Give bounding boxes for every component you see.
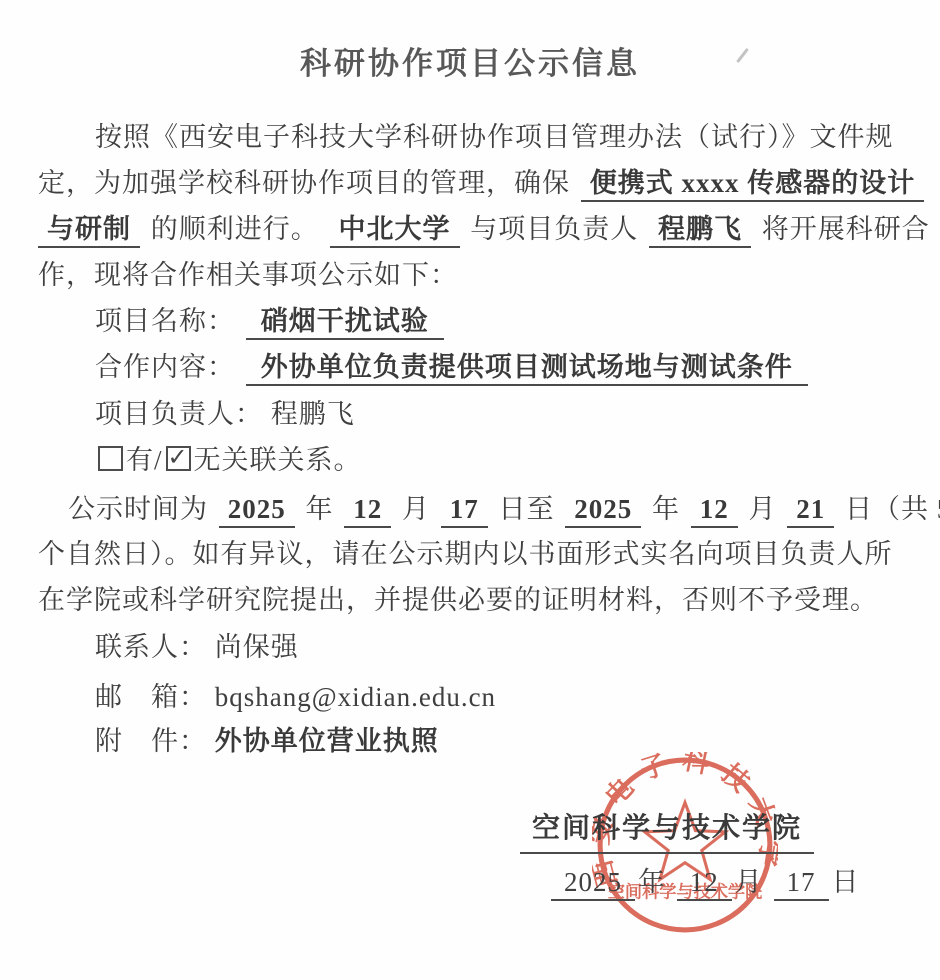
note-line-2: 个自然日）。如有异议，请在公示期内以书面形式实名向项目负责人所 xyxy=(38,537,893,571)
document-page: 科研协作项目公示信息 按照《西安电子科技大学科研协作项目管理办法（试行）》文件规… xyxy=(0,0,940,980)
contact-line: 联系人： 尚保强 xyxy=(95,630,299,664)
intro-text-3: 的顺利进行。 xyxy=(151,214,319,244)
intro-text-2: 定，为加强学校科研协作项目的管理，确保 xyxy=(38,168,570,198)
period-end-month: 12 xyxy=(691,494,738,528)
intro-line-4: 作，现将合作相关事项公示如下： xyxy=(38,258,458,292)
period-mid: 日至 xyxy=(499,494,555,524)
project-name-label: 项目名称： xyxy=(95,306,235,336)
relation-slash: / xyxy=(154,445,163,475)
signature-day-unit: 日 xyxy=(832,867,860,897)
email-label: 邮 箱： xyxy=(95,682,207,712)
period-year-unit-2: 年 xyxy=(652,494,680,524)
email-line: 邮 箱： bqshang@xidian.edu.cn xyxy=(95,680,496,714)
intro-line-1: 按照《西安电子科技大学科研协作项目管理办法（试行）》文件规 xyxy=(95,120,894,154)
period-month-unit-2: 月 xyxy=(749,494,777,524)
leader-name-fill: 程鹏飞 xyxy=(649,214,751,248)
check-mark-icon: ✓ xyxy=(168,441,189,475)
signature-date-line: 2025年 12月 17日 xyxy=(548,860,860,899)
relation-none-label: 无关联关系。 xyxy=(194,445,362,475)
period-start-year: 2025 xyxy=(219,494,295,528)
field-project-name: 项目名称： 硝烟干扰试验 xyxy=(95,304,447,338)
period-year-unit-1: 年 xyxy=(306,494,334,524)
period-end-day: 21 xyxy=(787,494,834,528)
relation-line: 有/✓无关联关系。 xyxy=(95,443,362,477)
project-title-fill-part1: 便携式 xxxx 传感器的设计 xyxy=(581,168,925,202)
checkbox-checked-none: ✓ xyxy=(166,446,191,471)
period-start-day: 17 xyxy=(441,494,488,528)
page-title: 科研协作项目公示信息 xyxy=(0,38,940,83)
intro-text-6: 作，现将合作相关事项公示如下： xyxy=(38,260,458,290)
cooperation-content-value: 外协单位负责提供项目测试场地与测试条件 xyxy=(246,352,808,386)
project-leader-label: 项目负责人： xyxy=(95,399,263,429)
period-month-unit-1: 月 xyxy=(402,494,430,524)
signature-unit-name: 空间科学与技术学院 xyxy=(532,813,802,844)
attachment-line: 附 件： 外协单位营业执照 xyxy=(95,724,439,758)
intro-line-2: 定，为加强学校科研协作项目的管理，确保 便携式 xxxx 传感器的设计 xyxy=(38,166,927,200)
intro-line-3: 与研制 的顺利进行。 中北大学 与项目负责人 程鹏飞 将开展科研合 xyxy=(38,212,930,246)
period-start-month: 12 xyxy=(344,494,391,528)
project-leader-value: 程鹏飞 xyxy=(271,399,355,429)
contact-label: 联系人： xyxy=(95,632,207,662)
relation-have-label: 有 xyxy=(126,445,154,475)
intro-text-1: 按照《西安电子科技大学科研协作项目管理办法（试行）》文件规 xyxy=(95,122,894,152)
project-title-fill-part2: 与研制 xyxy=(38,214,140,248)
cooperation-content-label: 合作内容： xyxy=(95,352,235,382)
signature-year-unit: 年 xyxy=(638,867,666,897)
contact-value: 尚保强 xyxy=(215,632,299,662)
note-text-3: 在学院或科学研究院提出，并提供必要的证明材料，否则不予受理。 xyxy=(38,585,878,615)
signature-year: 2025 xyxy=(551,867,635,901)
signature-month: 12 xyxy=(677,867,732,901)
email-value: bqshang@xidian.edu.cn xyxy=(215,682,496,712)
field-project-leader: 项目负责人： 程鹏飞 xyxy=(95,397,355,431)
partner-unit-fill: 中北大学 xyxy=(330,214,460,248)
attachment-label: 附 件： xyxy=(95,726,207,756)
intro-text-4: 与项目负责人 xyxy=(470,214,638,244)
checkbox-unchecked-have xyxy=(98,446,123,471)
field-cooperation-content: 合作内容： 外协单位负责提供项目测试场地与测试条件 xyxy=(95,350,811,384)
period-end-year: 2025 xyxy=(565,494,641,528)
note-line-3: 在学院或科学研究院提出，并提供必要的证明材料，否则不予受理。 xyxy=(38,583,878,617)
project-name-value: 硝烟干扰试验 xyxy=(246,306,444,340)
period-suffix: 日（共 5 xyxy=(845,494,940,524)
signature-unit-line: 空间科学与技术学院 xyxy=(520,806,814,854)
signature-day: 17 xyxy=(774,867,829,901)
period-prefix: 公示时间为 xyxy=(68,494,208,524)
publicity-period-line: 公示时间为 2025 年 12 月 17 日至 2025 年 12 月 21 日… xyxy=(68,492,940,526)
signature-month-unit: 月 xyxy=(735,867,763,897)
intro-text-5: 将开展科研合 xyxy=(762,214,930,244)
note-text-2: 个自然日）。如有异议，请在公示期内以书面形式实名向项目负责人所 xyxy=(38,539,893,569)
attachment-value: 外协单位营业执照 xyxy=(215,726,439,756)
